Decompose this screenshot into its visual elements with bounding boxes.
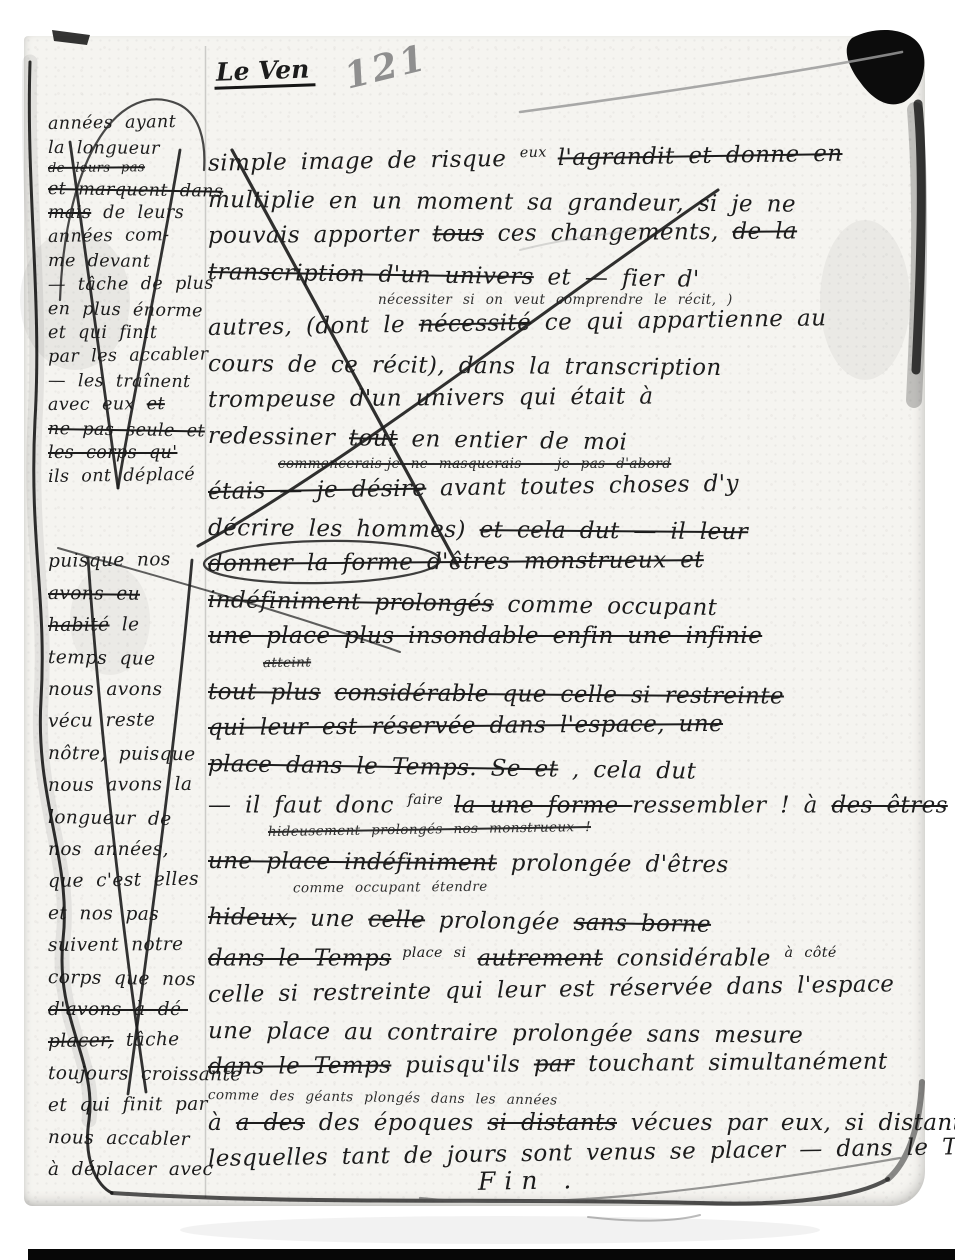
text-segment: dans le Temps xyxy=(208,1053,392,1080)
text-segment: d'avons à dé- xyxy=(48,999,188,1020)
text-segment: les corps qu' xyxy=(48,443,177,463)
text-segment: qui leur est réservée dans l'espace, une xyxy=(208,711,723,741)
manuscript-line: pouvais apporter tous ces changements, d… xyxy=(208,212,942,254)
text-segment: l'agrandit et donne en xyxy=(558,141,843,171)
text-segment: en plus énorme xyxy=(48,299,203,321)
manuscript-line: mais de leurs xyxy=(48,201,206,225)
manuscript-line: — les traînent xyxy=(48,369,206,394)
text-segment: suivent notre xyxy=(48,934,184,956)
text-segment: et qui finit xyxy=(48,323,157,343)
text-segment: étais — je désire xyxy=(208,475,427,504)
manuscript-line: et qui finit par xyxy=(48,1089,210,1122)
text-segment: à xyxy=(208,1110,236,1136)
manuscript-line: ne pas seule et xyxy=(48,417,206,443)
text-segment: indéfiniment prolongés xyxy=(208,587,494,617)
text-segment: nécessité xyxy=(419,310,532,338)
text-segment: nous avons la xyxy=(48,774,193,796)
text-segment: prolongée xyxy=(425,908,574,936)
manuscript-line: d'avons à dé- xyxy=(48,994,210,1026)
text-segment: de leurs pas xyxy=(48,160,145,176)
text-segment: la une forme xyxy=(454,792,632,818)
text-segment: simple image de risque xyxy=(208,146,520,177)
text-segment: en entier de moi xyxy=(398,426,628,456)
margin-notes-bottom: puisque nosavons euhabité letemps quenou… xyxy=(48,546,210,1186)
text-segment: décrire les hommes) xyxy=(208,515,480,543)
text-segment: hideusement prolongés nos monstrueux ! xyxy=(268,819,591,840)
manuscript-line: dans le Temps puisqu'ils par touchant si… xyxy=(208,1043,942,1085)
manuscript-line: à déplacer avec xyxy=(48,1154,210,1186)
margin-notes-top: années ayantla longueurde leurs paset ma… xyxy=(48,112,206,489)
text-segment: avons eu xyxy=(48,583,140,605)
text-segment: et cela dut — il leur xyxy=(479,517,748,545)
text-segment: donner la forme d'êtres monstrueux et xyxy=(208,547,704,577)
text-segment: celle xyxy=(368,907,425,934)
text-segment: nous avons xyxy=(48,679,162,700)
text-segment: si distants xyxy=(487,1110,617,1136)
manuscript-line: — tâche de plus xyxy=(48,272,206,297)
manuscript-line: nôtre, puisque xyxy=(48,738,210,771)
main-text-block: simple image de risque eux l'agrandit et… xyxy=(208,140,942,1177)
text-segment: de leurs xyxy=(91,203,184,223)
text-segment: transcription d'un univers xyxy=(208,259,534,290)
text-segment: comme occupant xyxy=(494,591,718,621)
text-segment: — les traînent xyxy=(48,371,191,392)
text-segment: avec eux xyxy=(48,394,147,415)
text-segment: tout plus xyxy=(208,679,321,706)
text-segment: — tâche de plus xyxy=(48,274,214,295)
text-segment: ne pas seule et xyxy=(48,419,205,441)
text-segment: multiplie en un moment sa grandeur, si j… xyxy=(208,187,796,218)
text-segment: mais xyxy=(48,203,91,223)
text-segment: corps que nos xyxy=(48,967,196,990)
text-segment: — il faut donc xyxy=(208,792,408,818)
text-segment: considérable que celle si restreinte xyxy=(334,680,784,710)
text-segment: pouvais apporter xyxy=(208,221,433,249)
text-segment: une xyxy=(296,906,368,933)
manuscript-line: nous avons la xyxy=(48,769,210,802)
text-segment: à côté xyxy=(785,945,837,961)
manuscript-photo: Le Ven 121 années ayantla longueurde leu… xyxy=(0,0,955,1260)
text-segment: à déplacer avec xyxy=(48,1159,213,1180)
manuscript-line: nous avons xyxy=(48,674,210,706)
manuscript-line: et qui finit xyxy=(48,321,206,345)
text-segment: habité xyxy=(48,615,110,636)
manuscript-line: années com- xyxy=(48,223,206,249)
manuscript-line: qui leur est réservée dans l'espace, une xyxy=(208,704,942,746)
text-segment: trompeuse d'un univers qui était à xyxy=(208,383,654,412)
text-segment: a des xyxy=(236,1110,305,1136)
text-segment: autrement xyxy=(477,946,602,972)
text-segment: nos années, xyxy=(48,839,169,860)
text-segment: années com- xyxy=(48,225,170,247)
text-segment: celle si restreinte qui leur est réservé… xyxy=(208,971,895,1008)
manuscript-line: suivent notre xyxy=(48,929,210,962)
text-segment: lesquelles tant de jours sont venus se p… xyxy=(208,1133,955,1172)
text-segment: nous accabler xyxy=(48,1127,190,1150)
manuscript-line: trompeuse d'un univers qui était à xyxy=(208,376,942,418)
text-segment: cours de ce récit), dans la transcriptio… xyxy=(208,351,722,381)
text-segment: et marquent dans xyxy=(48,179,224,202)
text-segment: par xyxy=(534,1051,575,1077)
manuscript-line: toujours croissante xyxy=(48,1058,210,1091)
manuscript-line: nos années, xyxy=(48,834,210,866)
manuscript-line: temps que xyxy=(48,642,210,677)
text-segment: tâche xyxy=(113,1029,179,1051)
text-segment: autres, (dont le xyxy=(208,311,419,340)
fin-word: Fin . xyxy=(478,1165,581,1196)
text-segment: hideux, xyxy=(208,904,297,931)
manuscript-line: années ayant xyxy=(48,110,206,136)
text-segment: et xyxy=(147,394,165,414)
text-segment: et nos pas xyxy=(48,903,159,925)
text-segment: faire xyxy=(408,792,455,808)
text-segment: par les accabler xyxy=(48,344,209,367)
text-segment: , cela dut xyxy=(558,756,696,784)
text-segment: ces changements, xyxy=(484,219,733,247)
text-segment: place dans le Temps. Se et xyxy=(208,751,559,782)
text-segment: une place plus insondable enfin une infi… xyxy=(208,623,762,649)
text-segment: nôtre, puisque xyxy=(48,743,196,765)
text-segment: place si xyxy=(391,945,477,961)
text-segment xyxy=(321,680,335,706)
manuscript-line: et nos pas xyxy=(48,898,210,931)
manuscript-line: placer, tâche xyxy=(48,1023,210,1058)
text-segment: puisque nos xyxy=(48,549,171,572)
manuscript-line: nous accabler xyxy=(48,1122,210,1157)
text-segment: le xyxy=(109,614,139,635)
text-segment: redessiner xyxy=(208,423,349,451)
manuscript-line: donner la forme d'êtres monstrueux et xyxy=(208,540,942,582)
manuscript-line: que c'est elles xyxy=(48,863,210,898)
manuscript-line: longueur de xyxy=(48,802,210,837)
text-segment: avant toutes choses d'y xyxy=(426,470,739,501)
text-segment: sans borne xyxy=(573,910,711,938)
manuscript-line: la longueur xyxy=(48,136,206,161)
text-segment: ils ont déplacé xyxy=(48,465,195,487)
text-segment: comme occupant étendre xyxy=(293,879,488,897)
text-segment: dans le Temps xyxy=(208,946,391,972)
text-segment: que c'est elles xyxy=(48,869,199,892)
page-heading: Le Ven xyxy=(213,54,315,90)
text-segment: une place indéfiniment xyxy=(208,848,497,876)
text-segment: la longueur xyxy=(48,138,160,159)
text-segment: des époques xyxy=(305,1110,487,1136)
text-segment: tous xyxy=(432,220,484,246)
text-segment: placer, xyxy=(48,1030,114,1052)
manuscript-line: par les accabler xyxy=(48,343,206,369)
text-segment: tout xyxy=(349,425,398,452)
text-segment: temps que xyxy=(48,647,156,670)
manuscript-line: avec eux et xyxy=(48,392,206,417)
manuscript-line: ils ont déplacé xyxy=(48,463,206,489)
text-segment: puisqu'ils xyxy=(391,1051,534,1078)
text-segment: touchant simultanément xyxy=(574,1049,887,1077)
text-segment: eux xyxy=(520,145,558,162)
text-segment: vécu reste xyxy=(48,709,156,732)
text-segment: et — fier d' xyxy=(534,264,700,293)
manuscript-line: me devant xyxy=(48,249,206,274)
manuscript-line: comme occupant étendre xyxy=(208,874,942,900)
manuscript-line: en plus énorme xyxy=(48,297,206,323)
manuscript-line: avons eu xyxy=(48,578,210,611)
text-segment: années ayant xyxy=(48,112,176,134)
text-segment: ce qui appartienne au xyxy=(531,305,827,336)
text-segment: longueur de xyxy=(48,807,172,830)
manuscript-line: habité le xyxy=(48,609,210,642)
text-segment: me devant xyxy=(48,251,150,272)
manuscript-line: puisque nos xyxy=(48,543,210,578)
manuscript-line: vécu reste xyxy=(48,703,210,738)
text-segment: et qui finit par xyxy=(48,1094,208,1116)
text-segment: atteint xyxy=(263,654,311,671)
text-segment: de la xyxy=(732,218,797,245)
manuscript-line: et marquent dans xyxy=(48,177,206,203)
manuscript-line: les corps qu' xyxy=(48,441,206,465)
manuscript-line: de leurs pas xyxy=(48,159,206,177)
manuscript-line: corps que nos xyxy=(48,962,210,997)
